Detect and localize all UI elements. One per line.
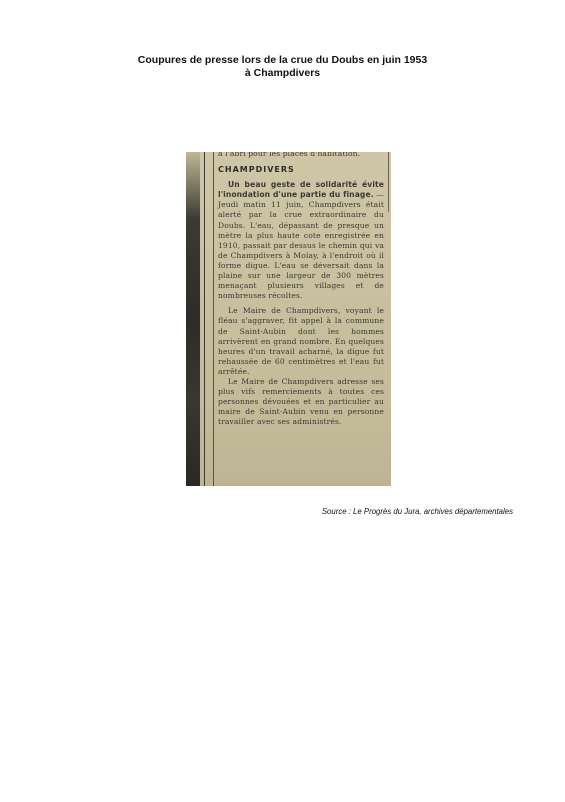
column-rule [388, 152, 389, 212]
article-paragraph-1: Un beau geste de solidarité évite l'inon… [218, 180, 384, 301]
article-text: à l'abri pour les places d'habitation. C… [218, 152, 384, 427]
article-paragraph-2: Le Maire de Champdivers, voyant le fléau… [218, 306, 384, 377]
article-heading: CHAMPDIVERS [218, 165, 384, 175]
column-rule [213, 152, 214, 486]
document-title: Coupures de presse lors de la crue du Do… [0, 54, 565, 80]
column-rule [204, 152, 205, 486]
adjacent-column-edge [186, 152, 200, 486]
newspaper-clipping-photo: à l'abri pour les places d'habitation. C… [186, 152, 391, 486]
source-caption: Source : Le Progrès du Jura, archives dé… [0, 507, 513, 516]
article-paragraph-3: Le Maire de Champdivers adresse ses plus… [218, 377, 384, 427]
article-lead: Un beau geste de solidarité évite l'inon… [218, 180, 384, 199]
top-fragment: à l'abri pour les places d'habitation. [218, 152, 384, 159]
paragraph-1-body: — Jeudi matin 11 juin, Champdivers était… [218, 190, 384, 300]
title-line-1: Coupures de presse lors de la crue du Do… [0, 54, 565, 67]
title-line-2: à Champdivers [0, 67, 565, 80]
